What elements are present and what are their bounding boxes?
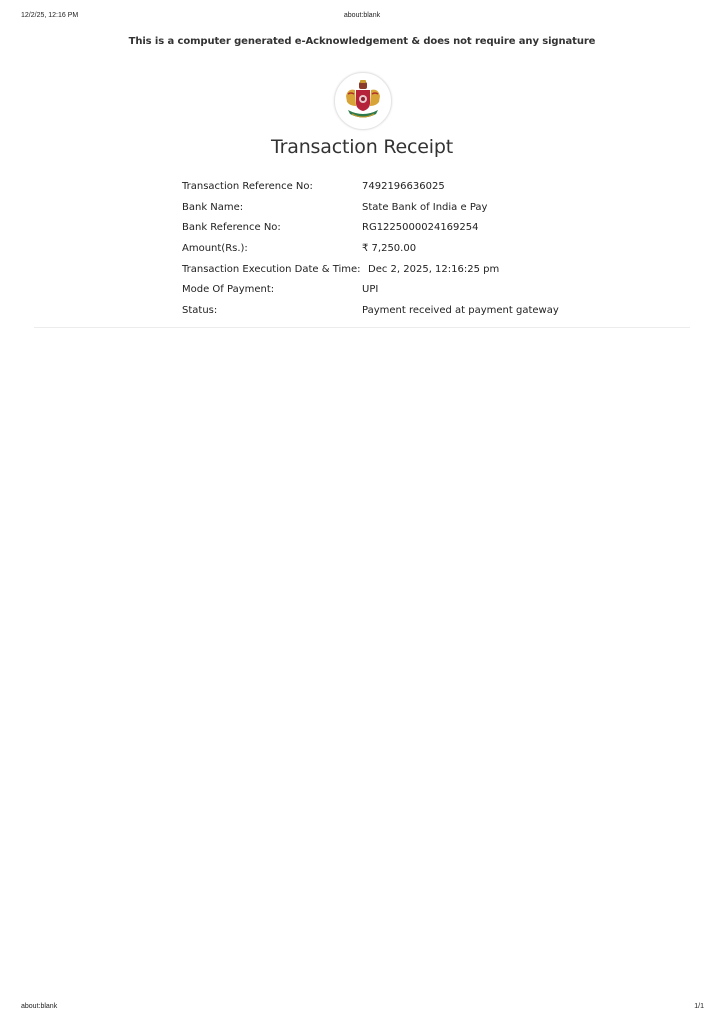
divider (34, 327, 690, 328)
print-footer-url: about:blank (21, 1003, 57, 1010)
transaction-details: Transaction Reference No: 7492196636025 … (182, 176, 582, 321)
detail-value: Dec 2, 2025, 12:16:25 pm (362, 264, 582, 275)
detail-label: Bank Name: (182, 202, 362, 213)
print-header-title: about:blank (0, 12, 724, 19)
page-title: Transaction Receipt (0, 136, 724, 158)
detail-row-bank-name: Bank Name: State Bank of India e Pay (182, 197, 582, 218)
detail-value: UPI (362, 284, 582, 295)
detail-value: RG1225000024169254 (362, 222, 582, 233)
detail-value: ₹ 7,250.00 (362, 243, 582, 254)
detail-label: Amount(Rs.): (182, 243, 362, 254)
detail-row-amount: Amount(Rs.): ₹ 7,250.00 (182, 238, 582, 259)
status-value: Payment received at payment gateway (362, 305, 582, 316)
detail-row-execution-datetime: Transaction Execution Date & Time: Dec 2… (182, 259, 582, 280)
detail-label: Mode Of Payment: (182, 284, 362, 295)
detail-label: Status: (182, 305, 362, 316)
emblem-graphic (338, 76, 388, 126)
detail-row-bank-reference: Bank Reference No: RG1225000024169254 (182, 217, 582, 238)
detail-row-transaction-reference: Transaction Reference No: 7492196636025 (182, 176, 582, 197)
detail-row-status: Status: Payment received at payment gate… (182, 300, 582, 321)
detail-row-payment-mode: Mode Of Payment: UPI (182, 279, 582, 300)
detail-value: 7492196636025 (362, 181, 582, 192)
e-acknowledgement-notice: This is a computer generated e-Acknowled… (0, 36, 724, 47)
state-emblem-icon (334, 72, 392, 130)
detail-label: Transaction Reference No: (182, 181, 362, 192)
print-footer-page-number: 1/1 (694, 1003, 704, 1010)
detail-label: Transaction Execution Date & Time: (182, 264, 362, 275)
detail-label: Bank Reference No: (182, 222, 362, 233)
detail-value: State Bank of India e Pay (362, 202, 582, 213)
